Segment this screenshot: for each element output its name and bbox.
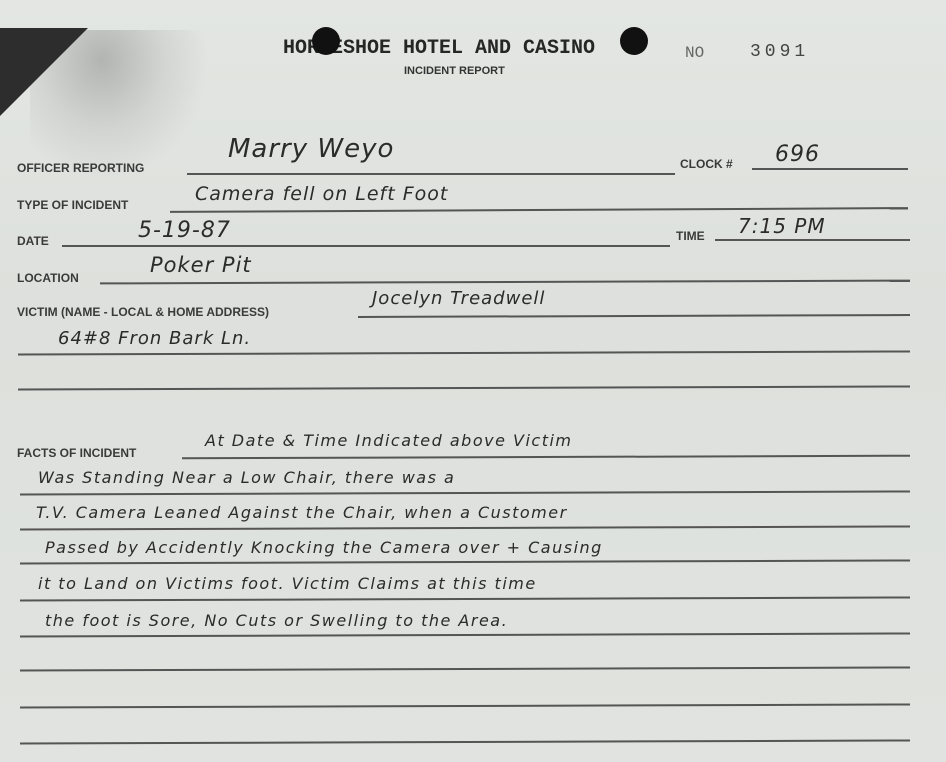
form-title: INCIDENT REPORT bbox=[404, 65, 505, 77]
victim-address-value: 64#8 Fron Bark Ln. bbox=[58, 328, 251, 349]
victim-extra-line bbox=[18, 385, 910, 390]
facts-text-line: T.V. Camera Leaned Against the Chair, wh… bbox=[36, 503, 568, 522]
facts-text-line: At Date & Time Indicated above Victim bbox=[205, 431, 573, 450]
punch-hole-left bbox=[312, 27, 340, 55]
facts-text-line: Passed by Accidently Knocking the Camera… bbox=[45, 538, 603, 557]
time-label: TIME bbox=[676, 229, 705, 243]
officer-reporting-line bbox=[187, 173, 675, 175]
victim-address-line bbox=[18, 350, 910, 355]
time-line bbox=[715, 239, 910, 241]
facts-line-7 bbox=[20, 703, 910, 708]
report-number-label: NO bbox=[685, 44, 704, 62]
date-label: DATE bbox=[17, 234, 49, 248]
location-value: Poker Pit bbox=[150, 253, 252, 277]
date-value: 5-19-87 bbox=[138, 218, 231, 243]
victim-name-value: Jocelyn Treadwell bbox=[372, 288, 545, 309]
facts-line-5 bbox=[20, 632, 910, 637]
facts-text-line: it to Land on Victims foot. Victim Claim… bbox=[38, 574, 537, 593]
officer-reporting-label: OFFICER REPORTING bbox=[17, 161, 144, 175]
clock-label: CLOCK # bbox=[680, 157, 733, 171]
facts-text-line: Was Standing Near a Low Chair, there was… bbox=[38, 468, 455, 487]
facts-line-0 bbox=[182, 455, 910, 460]
facts-line-2 bbox=[20, 525, 910, 530]
type-of-incident-label: TYPE OF INCIDENT bbox=[17, 198, 128, 212]
type-of-incident-value: Camera fell on Left Foot bbox=[195, 183, 448, 205]
facts-of-incident-label: FACTS OF INCIDENT bbox=[17, 446, 136, 460]
clock-line bbox=[752, 168, 908, 170]
report-number: 3091 bbox=[750, 42, 809, 62]
date-line bbox=[62, 245, 670, 247]
facts-line-6 bbox=[20, 666, 910, 671]
facts-line-3 bbox=[20, 559, 910, 564]
facts-line-8 bbox=[20, 739, 910, 744]
officer-reporting-value: Marry Weyo bbox=[228, 134, 394, 164]
facts-line-1 bbox=[20, 490, 910, 495]
time-value: 7:15 PM bbox=[738, 214, 826, 238]
facts-text-line: the foot is Sore, No Cuts or Swelling to… bbox=[45, 611, 508, 630]
victim-line bbox=[358, 314, 910, 318]
incident-report-page: HORSESHOE HOTEL AND CASINO INCIDENT REPO… bbox=[0, 0, 946, 762]
clock-value: 696 bbox=[775, 142, 820, 167]
punch-hole-right bbox=[620, 27, 648, 55]
folded-corner bbox=[0, 28, 88, 116]
location-label: LOCATION bbox=[17, 271, 79, 285]
victim-label: VICTIM (NAME - LOCAL & HOME ADDRESS) bbox=[17, 305, 269, 319]
type-of-incident-line bbox=[170, 207, 908, 213]
location-line bbox=[100, 280, 910, 285]
facts-line-4 bbox=[20, 596, 910, 601]
